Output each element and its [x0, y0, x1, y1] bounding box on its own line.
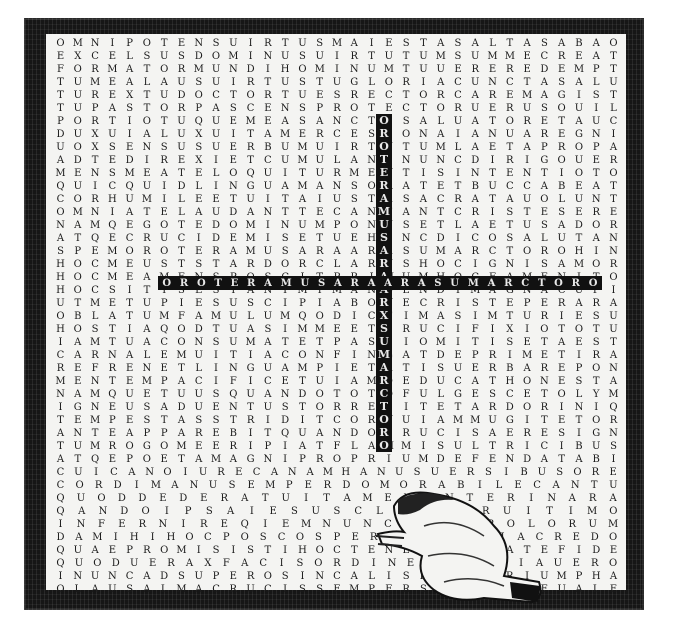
letter-row: OMNIPOTENSUIRTUSMAIESTASALTASABAO	[52, 37, 622, 50]
letter-row: IGNEUSADUENTUSTORREBITETARDORINIQ	[52, 401, 622, 414]
letter-row: CUICANOIURECANAMHANUSUERSIBUSORE	[52, 466, 622, 479]
letter-row: CORHUMILEETUITAIUSTASACRATAUOLUNT	[52, 193, 622, 206]
letter-row: OBLATUMFAMULUMQODICTIMASIMTURIESU	[52, 310, 622, 323]
letter-row: OMNIATELAUDANTTECANTANTCRISTESERE	[52, 206, 622, 219]
cross-horizontal-inscription: OROTERAMUSARAARASUMARCTORO	[158, 276, 602, 290]
letter-row: QUICQUIDLINGUAMANSORATETBUCCABEAT	[52, 180, 622, 193]
letter-row: NAMQUETUUSQUANDOTOTOFULGESCETOLYM	[52, 388, 622, 401]
letter-row: UTMETUPIESUSCIPIABONECRISTEPERARA	[52, 297, 622, 310]
letter-row: TUREXTUDOCTORTUESRECTORCAREMAGIST	[52, 89, 622, 102]
letter-row: IAMTUACONSUMATETPASSIOMITISETAEST	[52, 336, 622, 349]
letter-row: SPEMOROTERAMUSARAARASUMARCTOROHIN	[52, 245, 622, 258]
letter-row: CARNALEMUITIACONFINGATDEPRIMETIRA	[52, 349, 622, 362]
letter-row: MENSMEATELOQUITURMENTISINTENTIOTO	[52, 167, 622, 180]
letter-row: PORTIOTUQUEMEASANCTESALUATORETAUC	[52, 115, 622, 128]
letter-row: ADTEDIREXIETCUMULANSNUNCDIRIGOUER	[52, 154, 622, 167]
letter-row: REFRENETLINGUAMPIETATISUERBAREPON	[52, 362, 622, 375]
letter-row: UOXSENSUSUERBUMUIRTUTUMLAETAPROPA	[52, 141, 622, 154]
letter-row: HOCMEUSTSTARDORCLARUSHOCIGNISAMOR	[52, 258, 622, 271]
letter-row: TEMPESTASSTRIDITCORNUIAMMUGITETOR	[52, 414, 622, 427]
letter-row: ATQECRUCIDEMISETUEHINCDICOSALUTAN	[52, 232, 622, 245]
letter-page: OMNIPOTENSUIRTUSMAIESTASALTASABAOEXCELSU…	[46, 34, 626, 590]
letter-row: FORMATORMUNDIHOMINUMTUUEREREDEMPT	[52, 63, 622, 76]
letter-row: TUMROGOMEERIPIATFLAMMISULTRICIBUS	[52, 440, 622, 453]
letter-row: TUMEALAUSUIRTUSTUGLORIACUNCTASALU	[52, 76, 622, 89]
kneeling-figure-icon	[364, 486, 544, 608]
letter-row: ANTEAPPAREBITQUANDOCRUCISAERESIGN	[52, 427, 622, 440]
letter-row: TUPASTORPASCENSPROTECTORUERUSOUIL	[52, 102, 622, 115]
letter-row: HOSTIAQODTUASIMMEETCRUCIFIXIOTOTU	[52, 323, 622, 336]
cross-horizontal-bar: OROTERAMUSARAARASUMARCTORO	[158, 276, 602, 290]
letter-row: ATQEPOETAMAGNIPROPRIUMDEFENDATABI	[52, 453, 622, 466]
letter-row: EXCELSUSDOMINUSUIRTUTUMSUMMECREAT	[52, 50, 622, 63]
letter-row: MENTEMPACIFICETUIAMDEDUCATHONESTA	[52, 375, 622, 388]
letter-row: NAMQEGOTEDOMINUMPONUSETLAETUSADOR	[52, 219, 622, 232]
letter-row: DUXUIALUXUITAMERCESBONAIANUAREGNI	[52, 128, 622, 141]
